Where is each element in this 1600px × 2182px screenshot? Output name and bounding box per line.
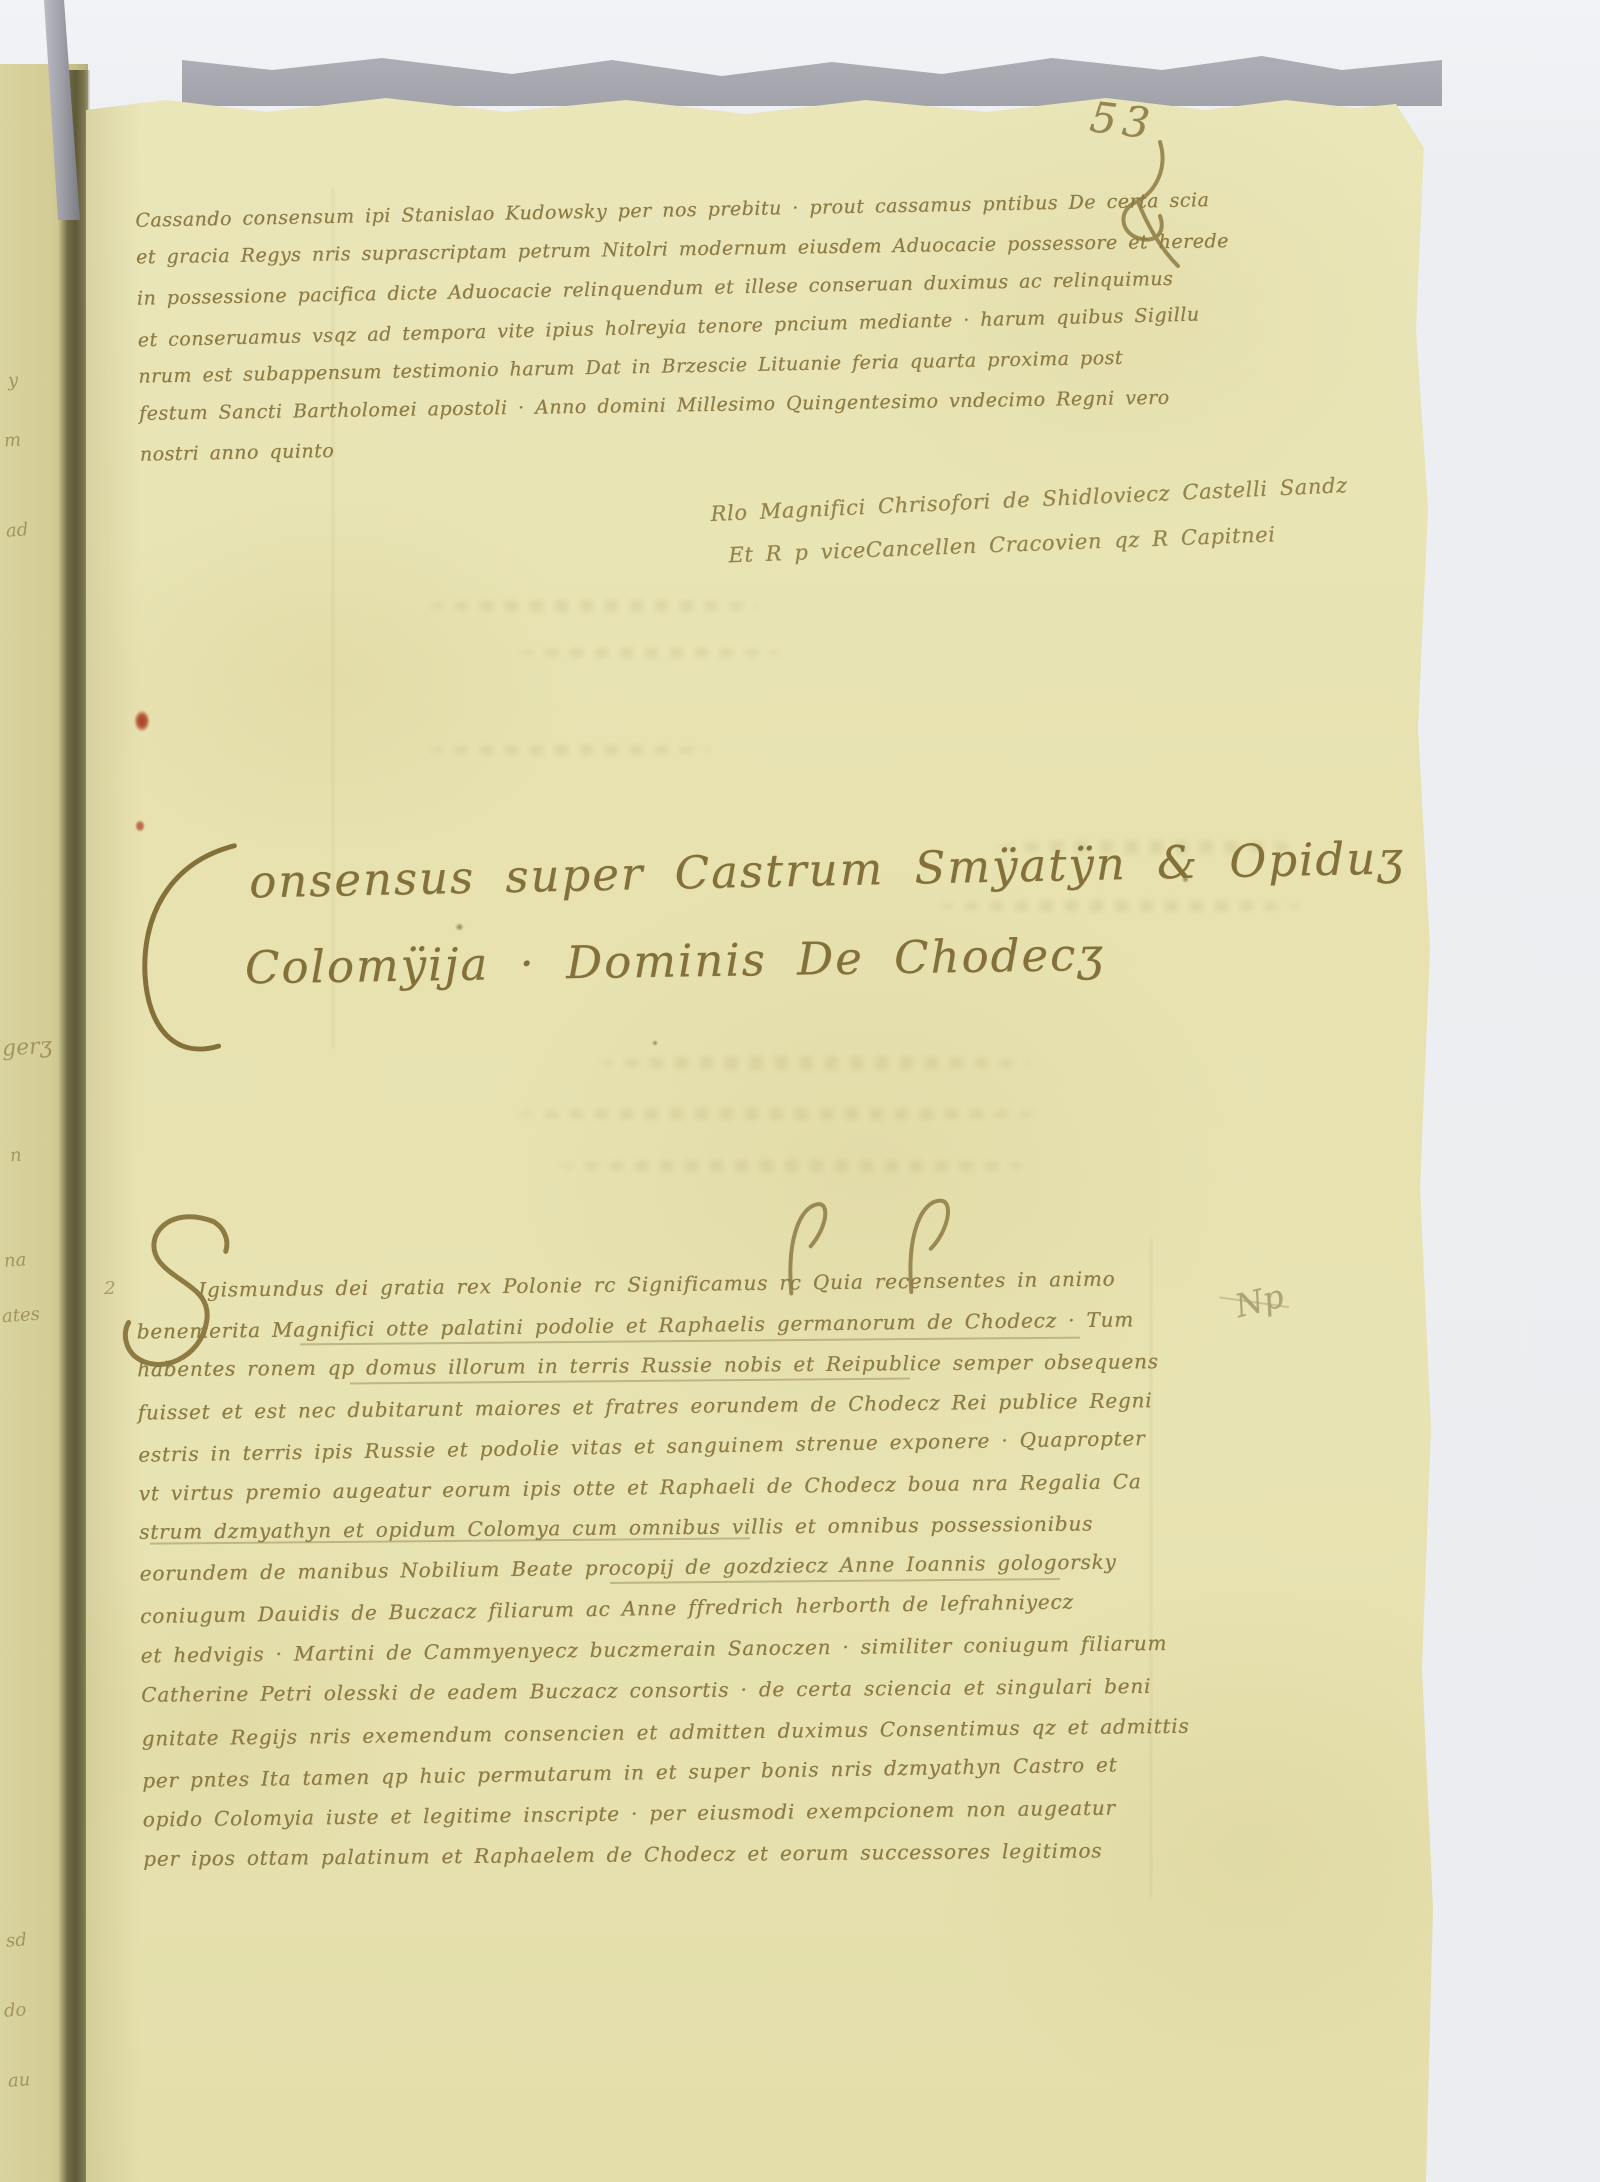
show-through: [600, 1056, 1030, 1070]
page-stack-edges: [182, 30, 1442, 106]
margin-note: 2: [104, 1278, 115, 1299]
red-stain: [134, 710, 150, 732]
show-through: [520, 648, 780, 658]
manuscript-line: per pntes Ita tamen qp huic permutarum i…: [142, 1752, 1118, 1792]
red-stain: [135, 820, 145, 832]
facing-page-text-fragment: m: [3, 429, 22, 451]
initial-c-glyph: [126, 833, 251, 1065]
gutter-shadow: [58, 70, 90, 2182]
manuscript-line: per ipos ottam palatinum et Raphaelem de…: [143, 1838, 1102, 1870]
manuscript-line: et hedvigis · Martini de Cammyenyecz buc…: [141, 1631, 1168, 1668]
manuscript-line: nostri anno quinto: [140, 440, 335, 466]
facing-page-text-fragment: ad: [5, 519, 29, 542]
show-through: [430, 745, 710, 755]
facing-page-text-fragment: y: [7, 370, 19, 392]
manuscript-line: festum Sancti Bartholomei apostoli · Ann…: [139, 387, 1170, 425]
heading-line: onsensus super Castrum Smÿatÿn & Opiduʒ: [249, 831, 1406, 908]
manuscript-line: Cassando consensum ipi Stanislao Kudowsk…: [135, 189, 1209, 232]
manuscript-line: opido Colomyia iuste et legitime inscrip…: [143, 1796, 1116, 1832]
photo-backdrop: y m ad gerʒ n na ates sd do au 53: [0, 0, 1600, 2182]
manuscript-line: gnitate Regijs nris exemendum consencien…: [142, 1714, 1190, 1751]
manuscript-line: Igismundus dei gratia rex Polonie rc Sig…: [198, 1267, 1115, 1302]
emphasis-underline: [610, 1578, 1060, 1584]
parchment-crease: [1150, 1238, 1152, 1898]
manuscript-line: nrum est subappensum testimonio harum Da…: [138, 347, 1123, 388]
manuscript-page: 53 Cassando consensum ipi Stanislao Kudo…: [86, 88, 1438, 2182]
ink-speck: [652, 1040, 658, 1046]
facing-page-text-fragment: ates: [1, 1304, 40, 1328]
manuscript-line: et conseruamus vsqz ad tempora vite ipiu…: [137, 304, 1199, 352]
manuscript-line: fuisset et est nec dubitarunt maiores et…: [138, 1388, 1153, 1424]
facing-page-text-fragment: gerʒ: [1, 1033, 53, 1061]
manuscript-line: estris in terris ipis Russie et podolie …: [138, 1426, 1146, 1467]
show-through: [520, 1108, 1040, 1120]
manuscript-line: Catherine Petri olesski de eadem Buczacz…: [141, 1674, 1151, 1707]
manuscript-line: vt virtus premio augeatur eorum ipis ott…: [139, 1469, 1142, 1505]
facing-page-text-fragment: do: [3, 1999, 27, 2022]
facing-page-text-fragment: sd: [5, 1929, 27, 1951]
show-through: [940, 900, 1300, 912]
show-through: [560, 1160, 1030, 1172]
heading-line: Colomÿija · Dominis De Chodecʒ: [245, 928, 1105, 994]
show-through: [430, 600, 760, 612]
manuscript-line: in possessione pacifica dicte Aduocacie …: [137, 268, 1174, 310]
manuscript-line: coniugum Dauidis de Buczacz filiarum ac …: [140, 1589, 1074, 1628]
facing-page-text-fragment: au: [7, 2069, 31, 2092]
manuscript-line: et gracia Regys nris suprascriptam petru…: [136, 230, 1229, 268]
facing-page-text-fragment: n: [9, 1145, 22, 1167]
manuscript-line: habentes ronem qp domus illorum in terri…: [137, 1349, 1159, 1381]
top-entry-paragraph: Cassando consensum ipi Stanislao Kudowsk…: [135, 186, 1145, 205]
margin-mark: Np: [1231, 1277, 1287, 1326]
main-entry-paragraph: Igismundus dei gratia rex Polonie rc Sig…: [135, 1182, 1195, 1195]
facing-page-text-fragment: na: [3, 1249, 27, 1272]
signature-line: Et R p viceCancellen Cracovien qz R Capi…: [728, 522, 1276, 567]
signature-line: Rlo Magnifici Chrisofori de Shidloviecz …: [710, 473, 1348, 526]
ink-speck: [455, 923, 464, 931]
parchment-crease: [332, 188, 334, 1048]
